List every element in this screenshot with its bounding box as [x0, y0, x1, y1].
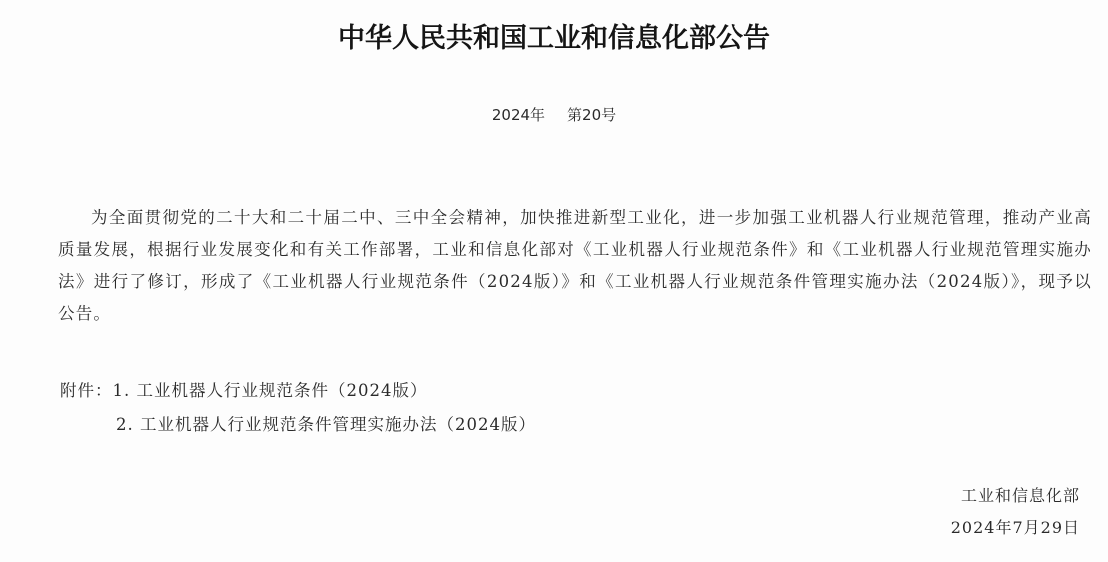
attachment-item: 2. 工业机器人行业规范条件管理实施办法（2024版）: [60, 408, 536, 442]
attachments-label: 附件：: [60, 381, 113, 400]
announcement-body: 为全面贯彻党的二十大和二十届二中、三中全会精神，加快推进新型工业化，进一步加强工…: [58, 202, 1092, 330]
document-number: 2024年第20号: [0, 104, 1108, 125]
attachment-2: 2. 工业机器人行业规范条件管理实施办法（2024版）: [116, 415, 536, 434]
announcement-title: 中华人民共和国工业和信息化部公告: [0, 16, 1108, 55]
attachments-list: 附件：1. 工业机器人行业规范条件（2024版） 2. 工业机器人行业规范条件管…: [60, 374, 536, 442]
document-year: 2024年: [492, 106, 545, 124]
attachment-item: 附件：1. 工业机器人行业规范条件（2024版）: [60, 374, 536, 408]
signature-block: 工业和信息化部 2024年7月29日: [951, 480, 1080, 544]
issue-date: 2024年7月29日: [951, 512, 1080, 544]
attachment-1: 1. 工业机器人行业规范条件（2024版）: [113, 381, 428, 400]
document-issue-number: 第20号: [567, 106, 616, 124]
issuer-name: 工业和信息化部: [951, 480, 1080, 512]
